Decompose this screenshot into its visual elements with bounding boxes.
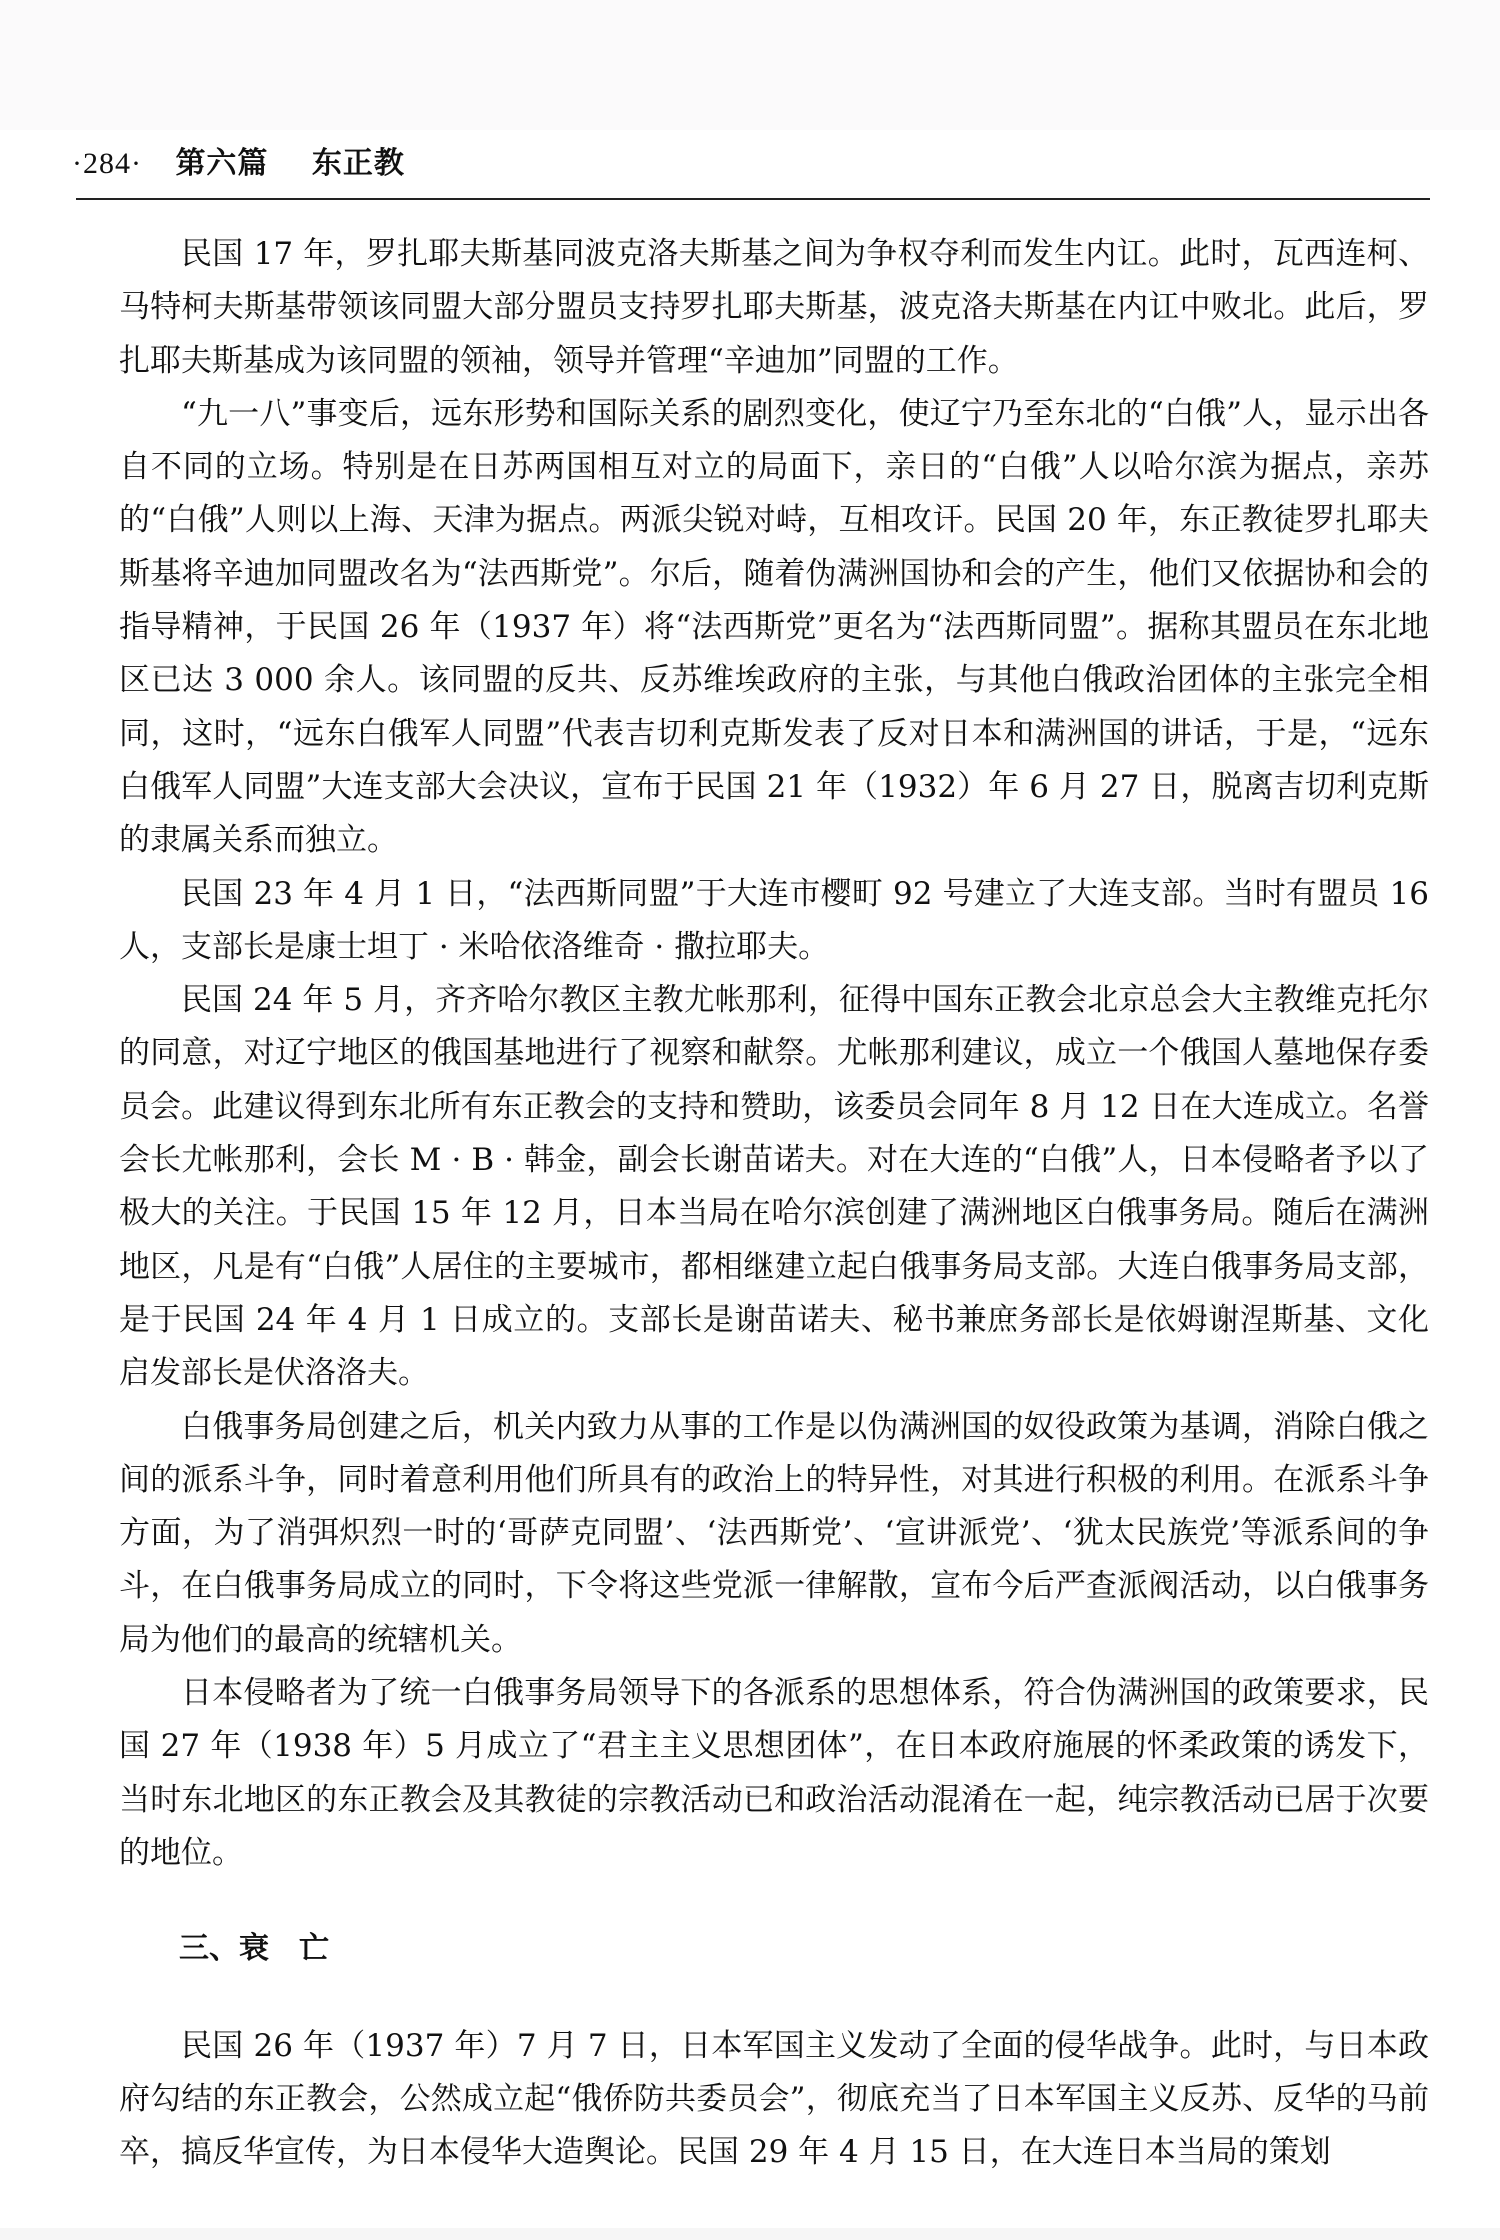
paragraph: 白俄事务局创建之后，机关内致力从事的工作是以伪满洲国的奴役政策为基调，消除白俄之… [119, 1401, 1429, 1667]
chapter-title: 东正教 [312, 146, 405, 181]
header-rule [76, 198, 1430, 200]
section-heading: 三、衰 亡 [119, 1922, 1429, 1975]
scan-margin-bottom [0, 2228, 1500, 2240]
paragraph: “九一八”事变后，远东形势和国际关系的剧烈变化，使辽宁乃至东北的“白俄”人，显示… [119, 388, 1429, 868]
page-body: 民国 17 年，罗扎耶夫斯基同波克洛夫斯基之间为争权夺利而发生内讧。此时，瓦西连… [119, 228, 1429, 2179]
paragraph: 民国 24 年 5 月，齐齐哈尔教区主教尤帐那利，征得中国东正教会北京总会大主教… [119, 974, 1429, 1400]
running-header: ·284· 第六篇 东正教 [72, 138, 405, 182]
part-title: 第六篇 [175, 146, 268, 181]
page-number: ·284· [72, 147, 142, 180]
scan-margin-top [0, 0, 1500, 130]
paragraph: 民国 17 年，罗扎耶夫斯基同波克洛夫斯基之间为争权夺利而发生内讧。此时，瓦西连… [119, 228, 1429, 388]
paragraph: 民国 23 年 4 月 1 日，“法西斯同盟”于大连市樱町 92 号建立了大连支… [119, 868, 1429, 975]
paragraph: 民国 26 年（1937 年）7 月 7 日，日本军国主义发动了全面的侵华战争。… [119, 2020, 1429, 2180]
paragraph: 日本侵略者为了统一白俄事务局领导下的各派系的思想体系，符合伪满洲国的政策要求，民… [119, 1667, 1429, 1880]
